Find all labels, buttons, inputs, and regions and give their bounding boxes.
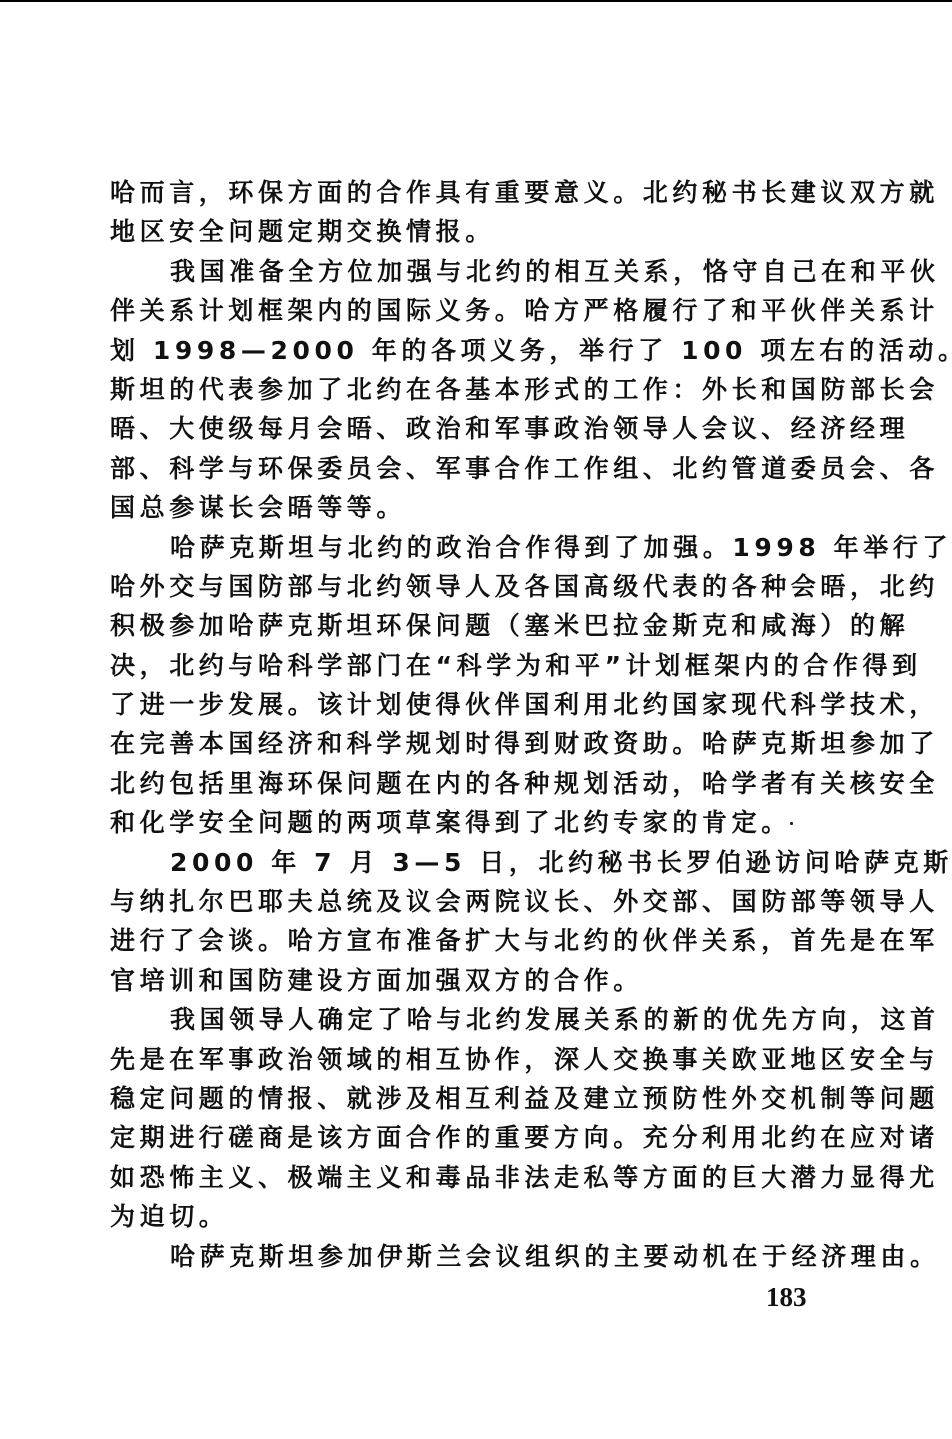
- text-line: 伴关系计划框架内的国际义务。哈方严格履行了和平伙伴关系计: [110, 291, 842, 330]
- text-line: 官培训和国防建设方面加强双方的合作。: [110, 961, 842, 1000]
- paragraph: 哈萨克斯坦与北约的政治合作得到了加强。1998 年举行了 哈外交与国防部与北约领…: [110, 528, 842, 843]
- text-line: 部、科学与环保委员会、军事合作工作组、北约管道委员会、各: [110, 449, 842, 488]
- paragraph: 2000 年 7 月 3—5 日，北约秘书长罗伯逊访问哈萨克斯坦， 与纳扎尔巴耶…: [110, 843, 842, 1001]
- text-line: 在完善本国经济和科学规划时得到财政资助。哈萨克斯坦参加了: [110, 724, 842, 763]
- text-line: 2000 年 7 月 3—5 日，北约秘书长罗伯逊访问哈萨克斯坦，: [110, 843, 842, 882]
- text-line: 北约包括里海环保问题在内的各种规划活动，哈学者有关核安全: [110, 764, 842, 803]
- text-line: 斯坦的代表参加了北约在各基本形式的工作：外长和国防部长会: [110, 370, 842, 409]
- text-line: 先是在军事政治领域的相互协作，深人交换事关欧亚地区安全与: [110, 1040, 842, 1079]
- text-line: 我国领导人确定了哈与北约发展关系的新的优先方向，这首: [110, 1000, 842, 1039]
- paragraph: 哈而言，环保方面的合作具有重要意义。北约秘书长建议双方就 地区安全问题定期交换情…: [110, 173, 842, 252]
- text-line: 地区安全问题定期交换情报。: [110, 212, 842, 251]
- text-line: 稳定问题的情报、就涉及相互利益及建立预防性外交机制等问题: [110, 1079, 842, 1118]
- text-line: 哈外交与国防部与北约领导人及各国高级代表的各种会晤，北约: [110, 567, 842, 606]
- text-line: 定期进行磋商是该方面合作的重要方向。充分利用北约在应对诸: [110, 1118, 842, 1157]
- text-line: 哈萨克斯坦与北约的政治合作得到了加强。1998 年举行了: [110, 528, 842, 567]
- text-line: 我国准备全方位加强与北约的相互关系，恪守自己在和平伙: [110, 252, 842, 291]
- text-line: 进行了会谈。哈方宣布准备扩大与北约的伙伴关系，首先是在军: [110, 921, 842, 960]
- text-line: 了进一步发展。该计划使得伙伴国利用北约国家现代科学技术，: [110, 685, 842, 724]
- scan-top-border: [0, 0, 952, 2]
- text-line: 积极参加哈萨克斯坦环保问题（塞米巴拉金斯克和咸海）的解: [110, 606, 842, 645]
- text-line: 决，北约与哈科学部门在“科学为和平”计划框架内的合作得到: [110, 646, 842, 685]
- page-number: 183: [766, 1282, 807, 1313]
- text-line: 和化学安全问题的两项草案得到了北约专家的肯定。: [110, 803, 842, 842]
- text-line: 为迫切。: [110, 1197, 842, 1236]
- text-line: 哈萨克斯坦参加伊斯兰会议组织的主要动机在于经济理由。: [110, 1237, 842, 1276]
- paragraph: 我国领导人确定了哈与北约发展关系的新的优先方向，这首 先是在军事政治领域的相互协…: [110, 1000, 842, 1236]
- paragraph: 我国准备全方位加强与北约的相互关系，恪守自己在和平伙 伴关系计划框架内的国际义务…: [110, 252, 842, 528]
- text-line: 哈而言，环保方面的合作具有重要意义。北约秘书长建议双方就: [110, 173, 842, 212]
- text-line: 晤、大使级每月会晤、政治和军事政治领导人会议、经济经理: [110, 409, 842, 448]
- text-line: 与纳扎尔巴耶夫总统及议会两院议长、外交部、国防部等领导人: [110, 882, 842, 921]
- paragraph: 哈萨克斯坦参加伊斯兰会议组织的主要动机在于经济理由。: [110, 1237, 842, 1276]
- scan-speck: [790, 822, 793, 825]
- page-body: 哈而言，环保方面的合作具有重要意义。北约秘书长建议双方就 地区安全问题定期交换情…: [110, 173, 842, 1276]
- text-line: 如恐怖主义、极端主义和毒品非法走私等方面的巨大潜力显得尤: [110, 1158, 842, 1197]
- text-line: 划 1998—2000 年的各项义务，举行了 100 项左右的活动。哈萨克: [110, 331, 842, 370]
- text-line: 国总参谋长会晤等等。: [110, 488, 842, 527]
